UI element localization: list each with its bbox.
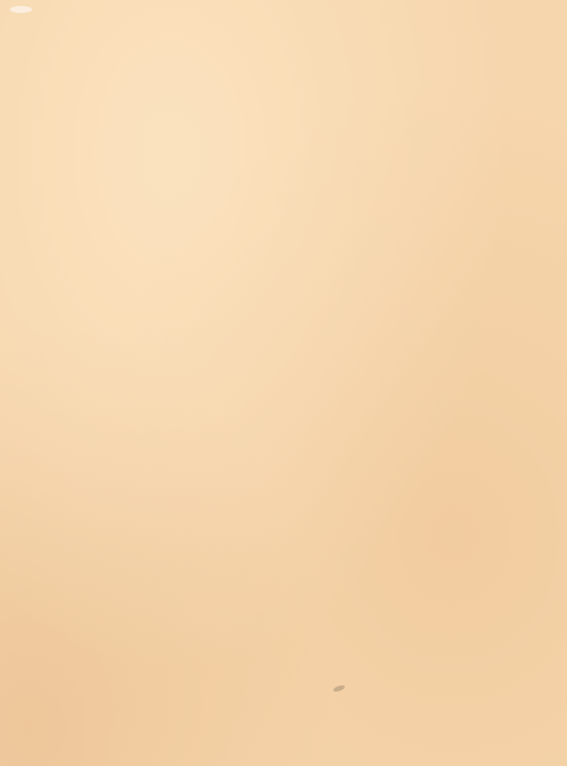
typewritten-page — [0, 0, 567, 766]
paper-stain — [10, 6, 32, 13]
paper-stain — [333, 684, 346, 693]
